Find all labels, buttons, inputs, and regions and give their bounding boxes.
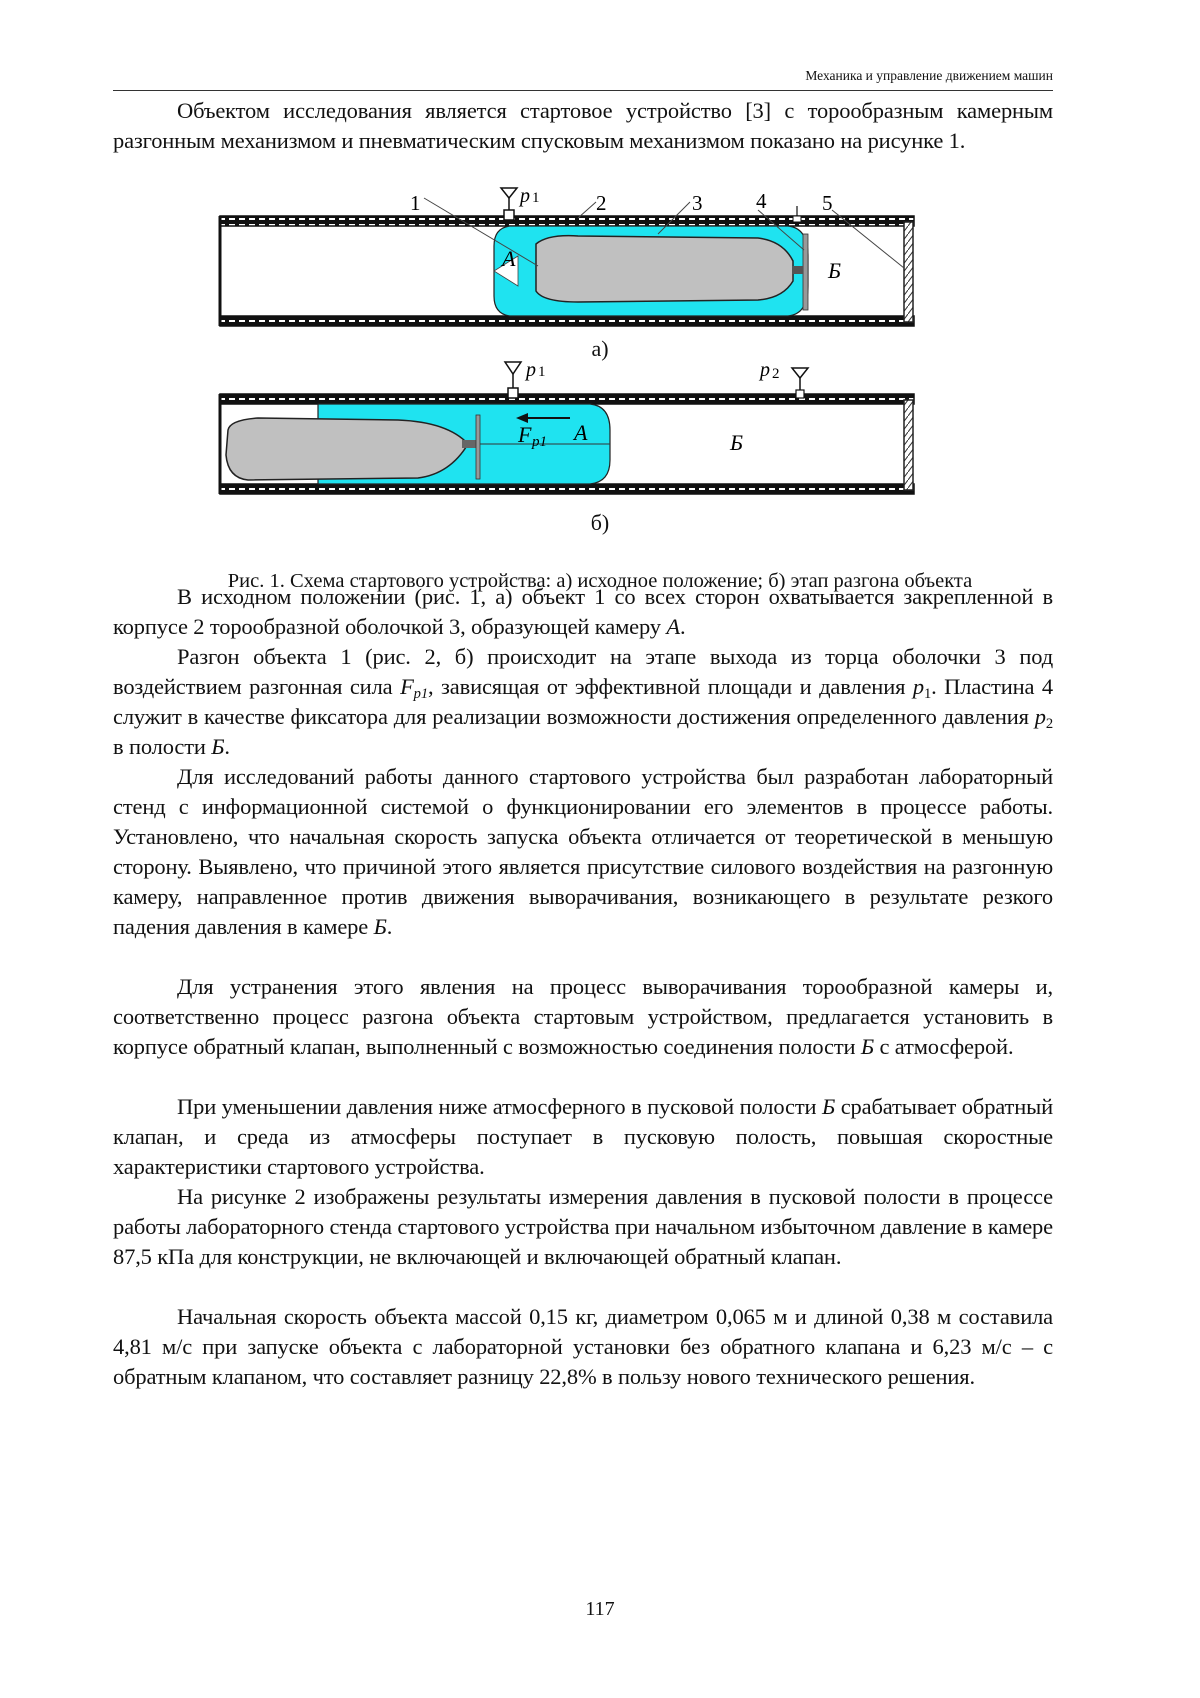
svg-text:p: p xyxy=(518,186,530,207)
running-header: Механика и управление движением машин xyxy=(113,66,1053,91)
svg-text:p: p xyxy=(524,360,536,381)
svg-text:2: 2 xyxy=(596,191,607,215)
paragraph-text: Объектом исследования является стартовое… xyxy=(113,98,1053,153)
paragraph-measurements: На рисунке 2 изображены результаты измер… xyxy=(113,1182,1053,1272)
figure-1a: p 1 1 2 3 4 5 A Б xyxy=(218,186,938,336)
paragraph-results: Начальная скорость объекта массой 0,15 к… xyxy=(113,1302,1053,1392)
svg-text:p1: p1 xyxy=(531,434,547,450)
pressure-sensor-p1-icon xyxy=(501,188,517,198)
fixing-plate-moving xyxy=(476,415,480,479)
pressure-sensor-p2-icon xyxy=(792,368,808,378)
svg-text:Б: Б xyxy=(729,430,743,455)
launcher-diagram-acceleration: F p1 A Б p 1 p 2 xyxy=(218,360,938,510)
svg-text:Б: Б xyxy=(827,258,841,283)
launch-object xyxy=(536,236,793,302)
paragraph-intro: Объектом исследования является стартовое… xyxy=(113,96,1053,156)
panel-a-label: а) xyxy=(0,336,1200,362)
journal-section-title: Механика и управление движением машин xyxy=(805,68,1053,83)
pressure-sensor-p1-icon xyxy=(505,362,521,374)
svg-text:3: 3 xyxy=(692,191,703,215)
housing-top-wall xyxy=(220,216,914,226)
paragraph-test-stand: Для исследований работы данного стартово… xyxy=(113,762,1053,942)
svg-text:A: A xyxy=(500,246,516,271)
svg-text:A: A xyxy=(572,420,588,445)
housing-bottom-wall xyxy=(220,316,914,326)
paragraph-initial-position: В исходном положении (рис. 1, а) объект … xyxy=(113,582,1053,642)
svg-text:2: 2 xyxy=(772,366,780,382)
paragraph-acceleration: Разгон объекта 1 (рис. 2, б) происходит … xyxy=(113,642,1053,762)
figure-1b: F p1 A Б p 1 p 2 xyxy=(218,360,938,510)
paragraph-valve-operation: При уменьшении давления ниже атмосферног… xyxy=(113,1092,1053,1182)
panel-b-label: б) xyxy=(0,510,1200,536)
svg-text:4: 4 xyxy=(756,189,767,213)
page-number: 117 xyxy=(0,1598,1200,1621)
launcher-diagram-initial: p 1 1 2 3 4 5 A Б xyxy=(218,186,938,336)
paragraph-check-valve: Для устранения этого явления на процесс … xyxy=(113,972,1053,1062)
fixing-plate xyxy=(803,234,808,310)
svg-text:1: 1 xyxy=(538,364,546,380)
end-wall xyxy=(904,222,913,322)
launch-object-moving xyxy=(226,418,468,480)
svg-text:F: F xyxy=(517,422,532,447)
svg-text:1: 1 xyxy=(410,191,421,215)
svg-text:1: 1 xyxy=(532,190,540,206)
svg-text:p: p xyxy=(758,360,770,381)
svg-text:5: 5 xyxy=(822,191,833,215)
